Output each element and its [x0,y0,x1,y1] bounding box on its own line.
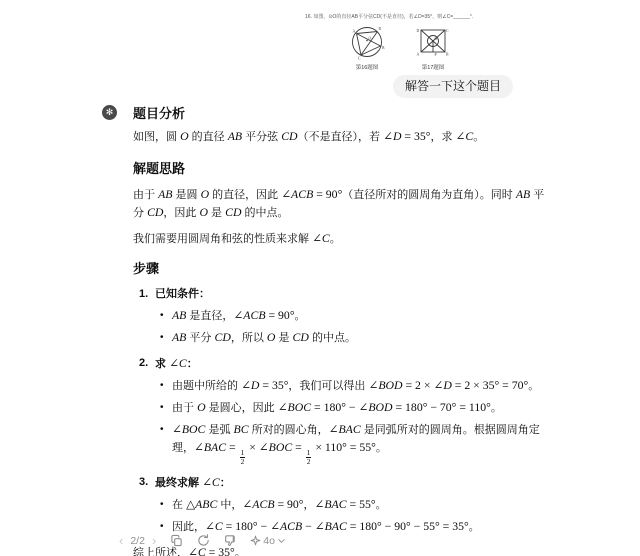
bullet-marker: • [160,377,172,395]
step-title: 已知条件： [155,286,210,303]
math-expression: ∠C [169,357,187,370]
svg-text:A: A [417,53,420,57]
svg-text:B: B [446,53,449,57]
math-expression: ∠BAC [329,423,361,436]
bullet-marker: • [160,421,172,466]
assistant-content: 如图，圆 O 的直径 AB 平分弦 CD（不是直径），若 ∠D = 35°，求 … [133,128,553,556]
list-item: •AB 是直径，∠ACB = 90°。 [139,307,553,325]
math-expression: CD [147,206,163,219]
svg-text:P: P [435,53,437,57]
sparkle-icon [250,535,261,546]
section-title-approach: 解题思路 [133,160,553,178]
math-expression: ∠ACB = 90° [233,309,294,322]
step-bullets: •AB 是直径，∠ACB = 90°。•AB 平分 CD，所以 O 是 CD 的… [139,307,553,347]
math-expression: AB [516,188,530,201]
bullet-text: 由于 O 是圆心，因此 ∠BOC = 180° − ∠BOD = 180° − … [172,399,502,417]
model-selector[interactable]: 4o [250,535,286,547]
page-indicator: 2/2 [129,535,146,547]
chevron-down-icon [277,537,286,545]
math-expression: ∠BOC = 180° − ∠BOD = 180° − 70° = 110° [278,401,491,414]
bullet-marker: • [160,496,172,514]
model-label: 4o [263,535,275,547]
step-title: 最终求解 ∠C： [155,474,231,492]
steps-list: 1.已知条件：•AB 是直径，∠ACB = 90°。•AB 平分 CD，所以 O… [133,286,553,536]
list-item: •由于 O 是圆心，因此 ∠BOC = 180° − ∠BOD = 180° −… [139,399,553,417]
bullet-text: 由题中所给的 ∠D = 35°，我们可以得出 ∠BOD = 2 × ∠D = 2… [172,377,539,395]
list-item: •在 △ABC 中，∠ACB = 90°，∠BAC = 55°。 [139,496,553,514]
step-number: 3. [139,474,155,492]
svg-text:O: O [369,37,372,41]
math-expression: CD [281,130,297,143]
math-expression: ∠BAC = 55° [315,498,376,511]
fraction: 12 [240,449,246,467]
assistant-avatar-icon: ✻ [102,105,117,120]
math-expression: AB [172,309,186,322]
math-expression: O [180,130,189,143]
math-expression: ∠BAC = 12 × ∠BOC = 12 × 110° = 55° [194,441,376,454]
math-expression: ∠C [312,232,330,245]
step-item: 1.已知条件：•AB 是直径，∠ACB = 90°。•AB 平分 CD，所以 O… [133,286,553,347]
copy-icon[interactable] [168,532,185,549]
bullet-marker: • [160,329,172,347]
step-heading: 1.已知条件： [139,286,553,303]
assistant-header: ✻ 题目分析 [102,104,557,120]
math-expression: ∠BOD = 2 × ∠D = 2 × 35° = 70° [368,379,528,392]
assistant-message: ✻ 题目分析 如图，圆 O 的直径 AB 平分弦 CD（不是直径），若 ∠D =… [102,104,557,556]
figure2-caption: 第17题图 [411,63,455,71]
math-expression: O [197,401,206,414]
list-item: •由题中所给的 ∠D = 35°，我们可以得出 ∠BOD = 2 × ∠D = … [139,377,553,395]
math-expression: ∠D = 35° [383,130,430,143]
square-figure: D C A B O P [415,26,451,58]
step-number: 2. [139,355,155,373]
list-item: •AB 平分 CD，所以 O 是 CD 的中点。 [139,329,553,347]
svg-text:D: D [379,27,382,31]
analysis-paragraph: 如图，圆 O 的直径 AB 平分弦 CD（不是直径），若 ∠D = 35°，求 … [133,128,553,146]
approach-note: 我们需要用圆周角和弦的性质来求解 ∠C。 [133,230,553,248]
svg-text:A: A [353,30,356,34]
fraction: 12 [306,449,312,467]
figure1-caption: 第16题图 [345,63,389,71]
step-heading: 2.求 ∠C： [139,355,553,373]
step-title: 求 ∠C： [155,355,198,373]
next-page-button[interactable]: › [150,533,158,548]
math-expression: ∠BOC [172,423,205,436]
bullet-text: AB 是直径，∠ACB = 90°。 [172,307,306,325]
bullet-text: AB 平分 CD，所以 O 是 CD 的中点。 [172,329,356,347]
math-expression: O [201,188,210,201]
svg-text:B: B [382,46,385,50]
math-expression: ∠ACB = 90° [281,188,342,201]
math-expression: O [199,206,208,219]
math-expression: ∠ACB = 90° [242,498,303,511]
math-expression: BC [234,423,249,436]
math-expression: AB [172,331,186,344]
list-item: •∠BOC 是弧 BC 所对的圆心角，∠BAC 是同弧所对的圆周角。根据圆周角定… [139,421,553,466]
math-expression: AB [158,188,172,201]
prev-page-button[interactable]: ‹ [117,533,125,548]
svg-text:O: O [435,37,438,41]
math-expression: O [267,331,276,344]
user-message-bubble: 解答一下这个题目 [393,75,513,98]
uploaded-problem-image[interactable]: 16. 如图，⊙O的直径AB平分弦CD(不是直径)，若∠D=35°，则∠C=__… [299,13,551,75]
approach-paragraph: 由于 AB 是圆 O 的直径，因此 ∠ACB = 90°（直径所对的圆周角为直角… [133,186,553,222]
math-expression: CD [215,331,231,344]
circle-figure: A D B C O [347,22,387,62]
step-item: 2.求 ∠C：•由题中所给的 ∠D = 35°，我们可以得出 ∠BOD = 2 … [133,355,553,466]
math-expression: CD [293,331,309,344]
math-expression: CD [225,206,241,219]
math-expression: △ABC [186,498,217,511]
bullet-text: ∠BOC 是弧 BC 所对的圆心角，∠BAC 是同弧所对的圆周角。根据圆周角定理… [172,421,542,466]
step-bullets: •在 △ABC 中，∠ACB = 90°，∠BAC = 55°。•因此，∠C =… [139,496,553,536]
bullet-marker: • [160,307,172,325]
svg-text:C: C [446,29,449,33]
bullet-marker: • [160,399,172,417]
svg-text:C: C [358,57,361,61]
problem-text: 16. 如图，⊙O的直径AB平分弦CD(不是直径)，若∠D=35°，则∠C=__… [305,13,551,20]
section-title-analysis: 题目分析 [133,103,185,122]
math-expression: ∠C [456,130,474,143]
bullet-text: 在 △ABC 中，∠ACB = 90°，∠BAC = 55°。 [172,496,387,514]
message-toolbar: ‹ 2/2 › 4o [117,532,286,549]
step-number: 1. [139,286,155,303]
step-heading: 3.最终求解 ∠C： [139,474,553,492]
chat-page: 16. 如图，⊙O的直径AB平分弦CD(不是直径)，若∠D=35°，则∠C=__… [0,0,640,556]
svg-text:D: D [417,29,420,33]
math-expression: ∠C [202,476,220,489]
math-expression: ∠D = 35° [241,379,288,392]
step-item: 3.最终求解 ∠C：•在 △ABC 中，∠ACB = 90°，∠BAC = 55… [133,474,553,536]
regenerate-icon[interactable] [195,532,212,549]
math-expression: AB [228,130,242,143]
thumbs-down-icon[interactable] [222,532,239,549]
section-title-steps: 步骤 [133,260,553,278]
step-bullets: •由题中所给的 ∠D = 35°，我们可以得出 ∠BOD = 2 × ∠D = … [139,377,553,466]
